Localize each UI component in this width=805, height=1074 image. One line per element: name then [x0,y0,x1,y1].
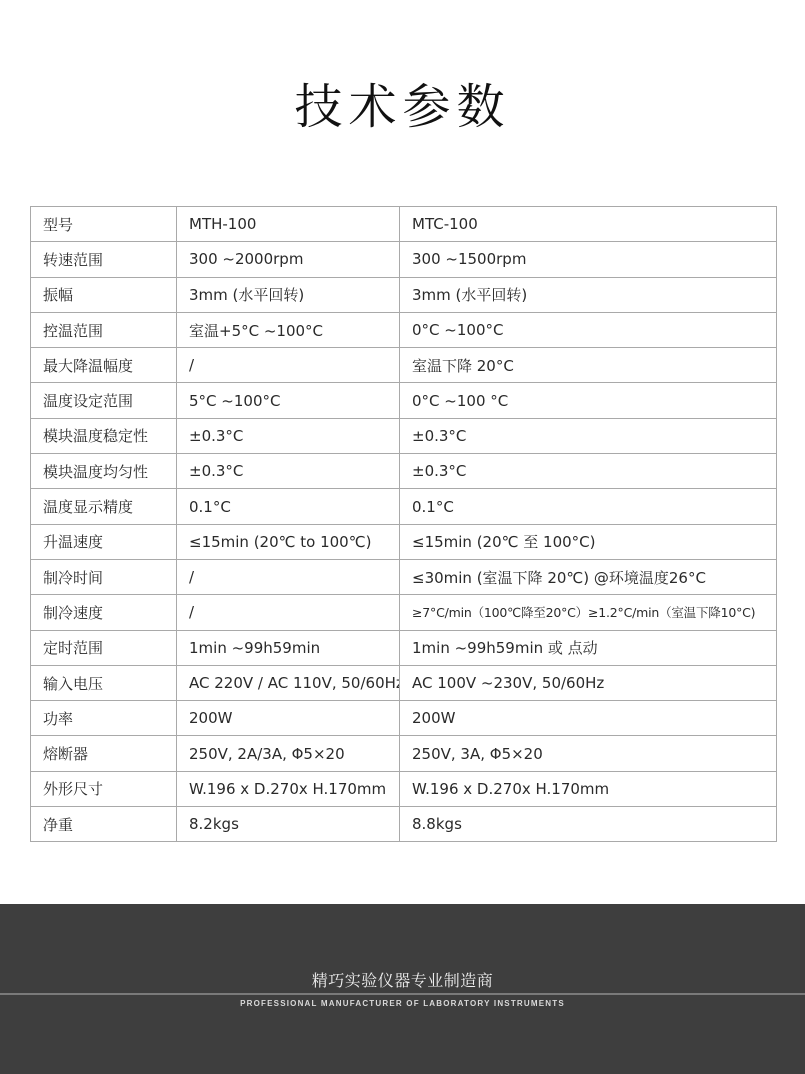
table-row: 功率200W200W [31,701,777,736]
table-row: 外形尺寸W.196 x D.270x H.170mmW.196 x D.270x… [31,771,777,806]
table-row: 型号MTH-100MTC-100 [31,207,777,242]
row-label: 振幅 [31,277,177,312]
mtc-value: W.196 x D.270x H.170mm [400,771,777,806]
table-row: 模块温度均匀性±0.3°C±0.3°C [31,454,777,489]
mtc-value: ≤15min (20℃ 至 100°C) [400,524,777,559]
mtc-value: 300 ~1500rpm [400,242,777,277]
table-row: 升温速度≤15min (20℃ to 100℃)≤15min (20℃ 至 10… [31,524,777,559]
footer-divider [0,993,805,995]
table-row: 模块温度稳定性±0.3°C±0.3°C [31,418,777,453]
mth-value: 300 ~2000rpm [177,242,400,277]
mth-value: 5°C ~100°C [177,383,400,418]
mtc-value: 200W [400,701,777,736]
mth-value: 200W [177,701,400,736]
mth-value: 3mm (水平回转) [177,277,400,312]
mth-value: 8.2kgs [177,807,400,842]
table-row: 控温范围室温+5°C ~100°C0°C ~100°C [31,312,777,347]
row-label: 模块温度稳定性 [31,418,177,453]
mtc-value: 0°C ~100 °C [400,383,777,418]
row-label: 输入电压 [31,665,177,700]
row-label: 温度显示精度 [31,489,177,524]
row-label: 功率 [31,701,177,736]
mth-value: / [177,348,400,383]
mtc-value: ≥7°C/min（100℃降至20°C）≥1.2°C/min（室温下降10°C) [400,595,777,630]
mtc-value: MTC-100 [400,207,777,242]
page-title: 技术参数 [0,68,805,137]
mth-value: MTH-100 [177,207,400,242]
table-row: 振幅3mm (水平回转)3mm (水平回转) [31,277,777,312]
footer-banner: 精巧实验仪器专业制造商 PROFESSIONAL MANUFACTURER OF… [0,904,805,1074]
mtc-value: ±0.3°C [400,454,777,489]
row-label: 定时范围 [31,630,177,665]
table-row: 温度显示精度0.1°C0.1°C [31,489,777,524]
table-row: 温度设定范围5°C ~100°C0°C ~100 °C [31,383,777,418]
row-label: 净重 [31,807,177,842]
mtc-value: 0°C ~100°C [400,312,777,347]
mth-value: 250V, 2A/3A, Φ5×20 [177,736,400,771]
row-label: 升温速度 [31,524,177,559]
mth-value: / [177,595,400,630]
mth-value: AC 220V / AC 110V, 50/60Hz [177,665,400,700]
table-row: 转速范围300 ~2000rpm300 ~1500rpm [31,242,777,277]
table-row: 制冷时间/≤30min (室温下降 20℃) @环境温度26°C [31,559,777,594]
mth-value: / [177,559,400,594]
mtc-value: 250V, 3A, Φ5×20 [400,736,777,771]
mtc-value: 0.1°C [400,489,777,524]
mtc-value: 室温下降 20°C [400,348,777,383]
table-row: 净重8.2kgs8.8kgs [31,807,777,842]
row-label: 转速范围 [31,242,177,277]
row-label: 熔断器 [31,736,177,771]
mtc-value: ±0.3°C [400,418,777,453]
row-label: 型号 [31,207,177,242]
mth-value: 1min ~99h59min [177,630,400,665]
mtc-value: ≤30min (室温下降 20℃) @环境温度26°C [400,559,777,594]
mtc-value: 8.8kgs [400,807,777,842]
table-row: 熔断器250V, 2A/3A, Φ5×20250V, 3A, Φ5×20 [31,736,777,771]
mth-value: ±0.3°C [177,418,400,453]
table-row: 输入电压AC 220V / AC 110V, 50/60HzAC 100V ~2… [31,665,777,700]
row-label: 控温范围 [31,312,177,347]
spec-table: 型号MTH-100MTC-100 转速范围300 ~2000rpm300 ~15… [30,206,777,842]
row-label: 制冷速度 [31,595,177,630]
footer-tagline-en: PROFESSIONAL MANUFACTURER OF LABORATORY … [0,999,805,1008]
mth-value: ≤15min (20℃ to 100℃) [177,524,400,559]
row-label: 外形尺寸 [31,771,177,806]
mth-value: 0.1°C [177,489,400,524]
table-row: 定时范围1min ~99h59min1min ~99h59min 或 点动 [31,630,777,665]
row-label: 温度设定范围 [31,383,177,418]
table-row: 制冷速度/≥7°C/min（100℃降至20°C）≥1.2°C/min（室温下降… [31,595,777,630]
footer-tagline-cn: 精巧实验仪器专业制造商 [0,968,805,991]
mtc-value: 1min ~99h59min 或 点动 [400,630,777,665]
table-row: 最大降温幅度/室温下降 20°C [31,348,777,383]
row-label: 制冷时间 [31,559,177,594]
mtc-value: AC 100V ~230V, 50/60Hz [400,665,777,700]
mth-value: W.196 x D.270x H.170mm [177,771,400,806]
row-label: 最大降温幅度 [31,348,177,383]
row-label: 模块温度均匀性 [31,454,177,489]
mtc-value: 3mm (水平回转) [400,277,777,312]
mth-value: ±0.3°C [177,454,400,489]
mth-value: 室温+5°C ~100°C [177,312,400,347]
